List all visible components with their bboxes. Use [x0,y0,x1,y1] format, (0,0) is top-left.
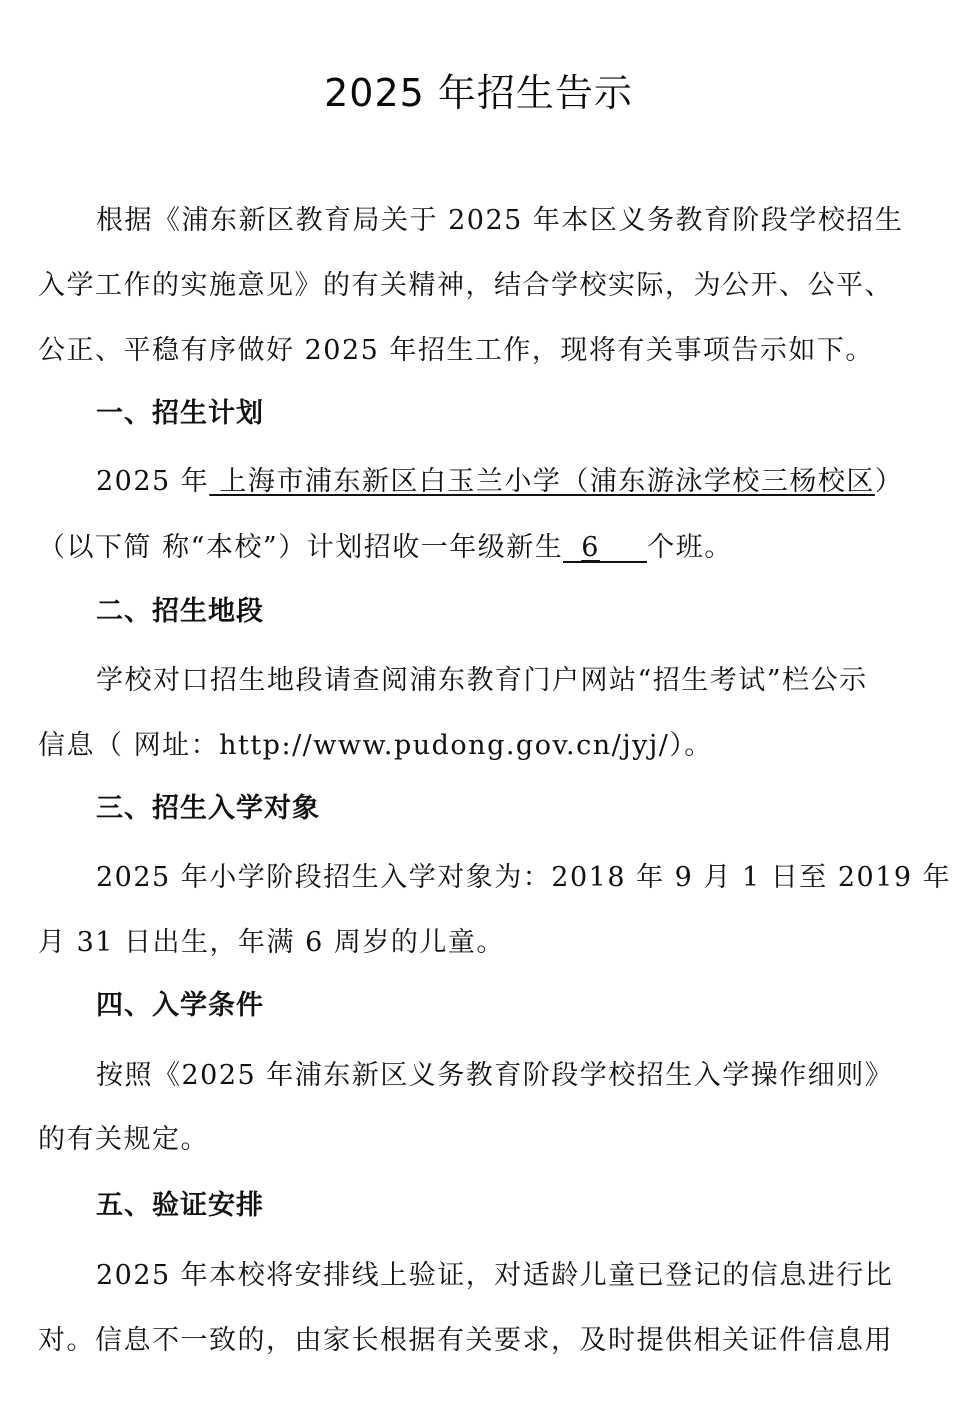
plan-line-2: （以下简 称“本校”）计划招收一年级新生6个班。 [38,530,733,566]
intro-line-3: 公正、平稳有序做好 2025 年招生工作，现将有关事项告示如下。 [38,333,874,369]
plan-line-1: 2025 年 上海市浦东新区白玉兰小学（浦东游泳学校三杨校区） [96,464,903,500]
education-portal-link[interactable]: http://www.pudong.gov.cn/jyj/ [219,730,669,761]
section-heading-plan: 一、招生计划 [96,396,264,432]
document-title: 2025 年招生告示 [0,62,957,117]
district-line-1: 学校对口招生地段请查阅浦东教育门户网站“招生考试”栏公示 [96,663,868,699]
plan-class-suffix: 个班。 [647,532,733,563]
plan-paren-close: ） [875,466,904,497]
district-line-2: 信息（ 网址：http://www.pudong.gov.cn/jyj/）。 [38,728,713,764]
section-heading-conditions: 四、入学条件 [96,988,264,1024]
conditions-line-1: 按照《2025 年浦东新区义务教育阶段学校招生入学操作细则》 [96,1058,893,1094]
eligibility-line-2: 月 31 日出生，年满 6 周岁的儿童。 [38,925,505,961]
eligibility-line-1: 2025 年小学阶段招生入学对象为：2018 年 9 月 1 日至 2019 年… [96,860,957,896]
school-name: 上海市浦东新区白玉兰小学（浦东游泳学校三杨校区 [209,466,875,497]
section-heading-district: 二、招生地段 [96,594,264,630]
intro-line-1: 根据《浦东新区教育局关于 2025 年本区义务教育阶段学校招生 [96,203,903,239]
verification-line-2: 对。信息不一致的，由家长根据有关要求，及时提供相关证件信息用 [38,1323,893,1359]
intro-line-2: 入学工作的实施意见》的有关精神，结合学校实际，为公开、公平、 [38,268,893,304]
verification-line-1: 2025 年本校将安排线上验证，对适龄儿童已登记的信息进行比 [96,1258,893,1294]
section-heading-eligibility: 三、招生入学对象 [96,791,320,827]
district-info-prefix: 信息（ 网址： [38,730,219,761]
plan-abbrev-text: （以下简 称“本校”）计划招收一年级新生 [38,532,563,563]
section-heading-verification: 五、验证安排 [96,1188,264,1224]
class-count: 6 [563,535,647,563]
plan-year: 2025 年 [96,466,209,497]
district-info-suffix: ）。 [669,730,713,761]
conditions-line-2: 的有关规定。 [38,1122,209,1158]
